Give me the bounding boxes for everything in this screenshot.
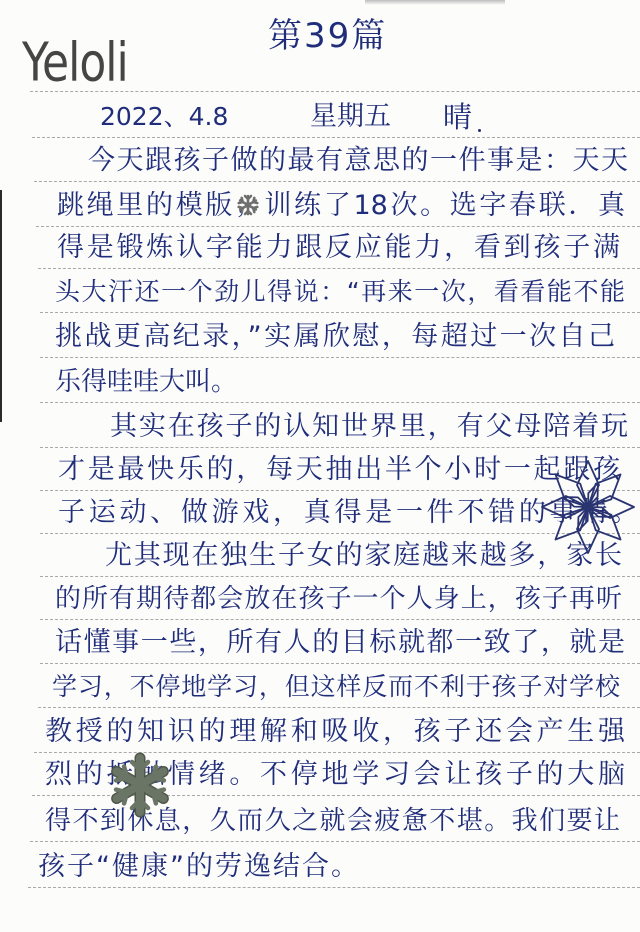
- text-line: 的所有期待都会放在孩子一个人身上，孩子再听: [55, 582, 622, 616]
- rule-line: [38, 707, 640, 708]
- rule-line: [34, 181, 640, 182]
- text-line: 烈的抵触情绪。不停地学习会让孩子的大脑: [45, 758, 625, 792]
- rule-line: [36, 226, 640, 227]
- paper-left-edge: [0, 190, 2, 422]
- rule-line: [40, 312, 640, 313]
- rule-line: [28, 887, 640, 888]
- text-line: 挑战更高纪录，”实属欣慰，每超过一次自己: [55, 320, 615, 354]
- brand-logo: Yeloli: [22, 34, 128, 93]
- rule-line: [34, 752, 640, 753]
- text-line: 才是最快乐的，每天抽出半个小时一起跟孩: [58, 453, 620, 487]
- text-line: 头大汗还一个劲儿得说：“再来一次，看看能不能: [55, 275, 625, 309]
- rule-line: [38, 268, 640, 269]
- rule-line: [32, 795, 640, 796]
- text-line: 孩子“健康”的劳逸结合。: [38, 850, 360, 884]
- entry-weekday: 星期五: [310, 100, 391, 134]
- rule-line: [32, 137, 640, 138]
- paper-top-shadow: [365, 0, 505, 5]
- text-line: 教授的知识的理解和吸收，孩子还会产生强: [45, 715, 625, 749]
- text-line: 乐得哇哇大叫。: [55, 365, 237, 399]
- text-line: 尤其现在独生子女的家庭越来越多，家长: [105, 539, 622, 573]
- rule-line: [40, 576, 640, 577]
- text-line: 得不到休息，久而久之就会疲惫不堪。我们要让: [45, 804, 620, 838]
- entry-weather: 晴: [443, 100, 472, 134]
- text-line: 得是锻炼认字能力跟反应能力，看到孩子满: [57, 231, 620, 265]
- entry-date: 2022、4.8: [100, 100, 228, 134]
- text-line: 其实在孩子的认知世界里，有父母陪着玩: [110, 410, 628, 444]
- ink-dot: [478, 129, 481, 132]
- rule-line: [40, 402, 640, 403]
- text-line: 今天跟孩子做的最有意思的一件事是：天天: [88, 144, 628, 178]
- rule-line: [30, 841, 640, 842]
- text-line: 话懂事一些，所有人的目标就都一致了，就是: [55, 626, 625, 660]
- rule-line: [40, 357, 640, 358]
- rule-line: [40, 663, 640, 664]
- text-line: 学习，不停地学习，但这样反而不利于孩子对学校: [52, 670, 620, 704]
- text-line: 跳绳里的模版；训练了18次。选字春联．真: [57, 189, 625, 223]
- rule-line: [40, 490, 640, 491]
- rule-line: [40, 533, 640, 534]
- rule-line: [40, 619, 640, 620]
- page-title: 第39篇: [268, 14, 387, 58]
- rule-line: [40, 447, 640, 448]
- text-line: 子运动、做游戏，真得是一件不错的事情。: [58, 496, 638, 530]
